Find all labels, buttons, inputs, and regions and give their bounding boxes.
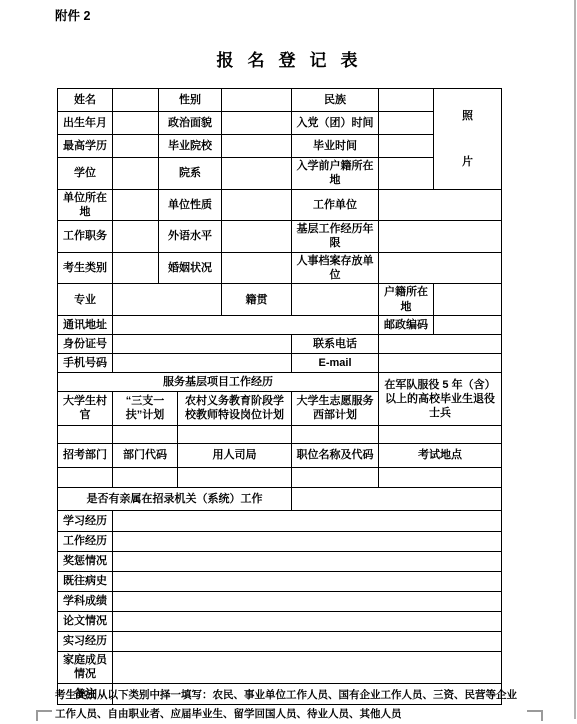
value-candidate-type[interactable]: [113, 252, 159, 284]
label-military-service: 在军队服役 5 年（含）以上的高校毕业生退役士兵: [379, 372, 502, 425]
table-row: 工作职务 外语水平 基层工作经历年限: [58, 221, 502, 253]
value-graduation-time[interactable]: [379, 135, 434, 158]
value-political-status[interactable]: [222, 112, 292, 135]
value-position-name-code[interactable]: [292, 467, 379, 487]
label-internship-experience: 实习经历: [58, 631, 113, 651]
label-mobile: 手机号码: [58, 353, 113, 372]
value-work-unit[interactable]: [379, 189, 502, 221]
label-relative-question: 是否有亲属在招录机关（系统）工作: [58, 487, 292, 510]
value-unit-location[interactable]: [113, 189, 159, 221]
value-employing-bureau[interactable]: [178, 467, 292, 487]
label-foreign-language: 外语水平: [159, 221, 222, 253]
label-study-experience: 学习经历: [58, 510, 113, 531]
page-title: 报名登记表: [0, 46, 574, 71]
value-recruit-department[interactable]: [58, 467, 113, 487]
label-exam-location: 考试地点: [379, 443, 502, 467]
label-name: 姓名: [58, 89, 113, 112]
value-rural-teacher-plan[interactable]: [178, 425, 292, 443]
table-row: 既往病史: [58, 571, 502, 591]
value-mobile[interactable]: [113, 353, 292, 372]
label-candidate-type: 考生类别: [58, 252, 113, 284]
value-unit-type[interactable]: [222, 189, 292, 221]
label-work-unit: 工作单位: [292, 189, 379, 221]
value-family-members[interactable]: [113, 651, 502, 683]
label-medical-history: 既往病史: [58, 571, 113, 591]
value-academic-scores[interactable]: [113, 591, 502, 611]
value-three-supports[interactable]: [113, 425, 178, 443]
label-rural-teacher-plan: 农村义务教育阶段学校教师特设岗位计划: [178, 391, 292, 425]
service-section-header: 服务基层项目工作经历: [58, 372, 379, 391]
label-work-experience: 工作经历: [58, 531, 113, 551]
value-email[interactable]: [379, 353, 502, 372]
table-row: 考生类别 婚姻状况 人事档案存放单位: [58, 252, 502, 284]
page-edge-line: [574, 0, 576, 719]
value-postal-code[interactable]: [434, 315, 502, 334]
label-email: E-mail: [292, 353, 379, 372]
label-academic-scores: 学科成绩: [58, 591, 113, 611]
value-registry-location[interactable]: [434, 284, 502, 316]
value-rewards-punishments[interactable]: [113, 551, 502, 571]
value-study-experience[interactable]: [113, 510, 502, 531]
table-row: 学科成绩: [58, 591, 502, 611]
label-gender: 性别: [159, 89, 222, 112]
candidate-type-note: 考生类别从以下类别中择一填写：农民、事业单位工作人员、国有企业工作人员、三资、民…: [55, 686, 523, 724]
value-ethnicity[interactable]: [379, 89, 434, 112]
table-row: 专业 籍贯 户籍所在地: [58, 284, 502, 316]
attachment-label: 附件 2: [55, 6, 90, 24]
value-village-official[interactable]: [58, 425, 113, 443]
value-work-experience[interactable]: [113, 531, 502, 551]
table-row: 手机号码 E-mail: [58, 353, 502, 372]
value-pre-enroll-registry[interactable]: [379, 158, 434, 190]
table-row: 单位所在地 单位性质 工作单位: [58, 189, 502, 221]
label-graduation-time: 毕业时间: [292, 135, 379, 158]
label-grassroots-years: 基层工作经历年限: [292, 221, 379, 253]
value-degree[interactable]: [113, 158, 159, 190]
table-row: 姓名 性别 民族 照 片: [58, 89, 502, 112]
label-west-volunteer-plan: 大学生志愿服务西部计划: [292, 391, 379, 425]
value-gender[interactable]: [222, 89, 292, 112]
photo-label-top: 照: [462, 109, 473, 123]
label-political-status: 政治面貌: [159, 112, 222, 135]
label-three-supports: “三支一扶”计划: [113, 391, 178, 425]
value-thesis-situation[interactable]: [113, 611, 502, 631]
label-major: 专业: [58, 284, 113, 316]
photo-cell[interactable]: 照 片: [434, 89, 502, 190]
label-position-name-code: 职位名称及代码: [292, 443, 379, 467]
value-birth-date[interactable]: [113, 112, 159, 135]
table-row: [58, 467, 502, 487]
label-id-number: 身份证号: [58, 334, 113, 353]
value-party-join-time[interactable]: [379, 112, 434, 135]
value-id-number[interactable]: [113, 334, 292, 353]
label-native-place: 籍贯: [222, 284, 292, 316]
table-row: 学习经历: [58, 510, 502, 531]
label-thesis-situation: 论文情况: [58, 611, 113, 631]
value-exam-location[interactable]: [379, 467, 502, 487]
label-degree: 学位: [58, 158, 113, 190]
value-archive-unit[interactable]: [379, 252, 502, 284]
value-name[interactable]: [113, 89, 159, 112]
table-row: 招考部门 部门代码 用人司局 职位名称及代码 考试地点: [58, 443, 502, 467]
table-row: 论文情况: [58, 611, 502, 631]
value-phone[interactable]: [379, 334, 502, 353]
registration-table: 姓名 性别 民族 照 片 出生年月 政治面貌 入党（团）时间 最高学历 毕业院校…: [57, 88, 502, 705]
table-row: 身份证号 联系电话: [58, 334, 502, 353]
value-medical-history[interactable]: [113, 571, 502, 591]
label-job-title: 工作职务: [58, 221, 113, 253]
label-party-join-time: 入党（团）时间: [292, 112, 379, 135]
value-grassroots-years[interactable]: [379, 221, 502, 253]
text-boundary-corner-left: [36, 710, 52, 721]
table-row: 服务基层项目工作经历 在军队服役 5 年（含）以上的高校毕业生退役士兵: [58, 372, 502, 391]
value-major[interactable]: [113, 284, 222, 316]
label-graduate-school: 毕业院校: [159, 135, 222, 158]
photo-label-bottom: 片: [462, 155, 473, 169]
table-row: [58, 425, 502, 443]
label-employing-bureau: 用人司局: [178, 443, 292, 467]
label-rewards-punishments: 奖惩情况: [58, 551, 113, 571]
label-faculty: 院系: [159, 158, 222, 190]
label-mail-address: 通讯地址: [58, 315, 113, 334]
label-archive-unit: 人事档案存放单位: [292, 252, 379, 284]
value-native-place[interactable]: [292, 284, 379, 316]
value-west-volunteer-plan[interactable]: [292, 425, 379, 443]
label-postal-code: 邮政编码: [379, 315, 434, 334]
table-row: 通讯地址 邮政编码: [58, 315, 502, 334]
document-page: { "page": { "attachment": "附件 2", "title…: [0, 0, 577, 719]
value-mail-address[interactable]: [113, 315, 379, 334]
value-department-code[interactable]: [113, 467, 178, 487]
label-department-code: 部门代码: [113, 443, 178, 467]
table-row: 是否有亲属在招录机关（系统）工作: [58, 487, 502, 510]
value-foreign-language[interactable]: [222, 221, 292, 253]
label-recruit-department: 招考部门: [58, 443, 113, 467]
label-ethnicity: 民族: [292, 89, 379, 112]
value-job-title[interactable]: [113, 221, 159, 253]
label-highest-education: 最高学历: [58, 135, 113, 158]
table-row: 工作经历: [58, 531, 502, 551]
label-birth-date: 出生年月: [58, 112, 113, 135]
value-graduate-school[interactable]: [222, 135, 292, 158]
text-boundary-corner-right: [527, 710, 543, 721]
value-faculty[interactable]: [222, 158, 292, 190]
value-relative-question[interactable]: [292, 487, 502, 510]
label-unit-type: 单位性质: [159, 189, 222, 221]
photo-placeholder: 照 片: [436, 93, 499, 185]
table-row: 奖惩情况: [58, 551, 502, 571]
label-unit-location: 单位所在地: [58, 189, 113, 221]
label-phone: 联系电话: [292, 334, 379, 353]
label-registry-location: 户籍所在地: [379, 284, 434, 316]
value-military-service[interactable]: [379, 425, 502, 443]
table-row: 实习经历: [58, 631, 502, 651]
label-family-members: 家庭成员情况: [58, 651, 113, 683]
label-marital-status: 婚姻状况: [159, 252, 222, 284]
table-row: 家庭成员情况: [58, 651, 502, 683]
value-internship-experience[interactable]: [113, 631, 502, 651]
value-marital-status[interactable]: [222, 252, 292, 284]
label-pre-enroll-registry: 入学前户籍所在地: [292, 158, 379, 190]
label-village-official: 大学生村官: [58, 391, 113, 425]
value-highest-education[interactable]: [113, 135, 159, 158]
